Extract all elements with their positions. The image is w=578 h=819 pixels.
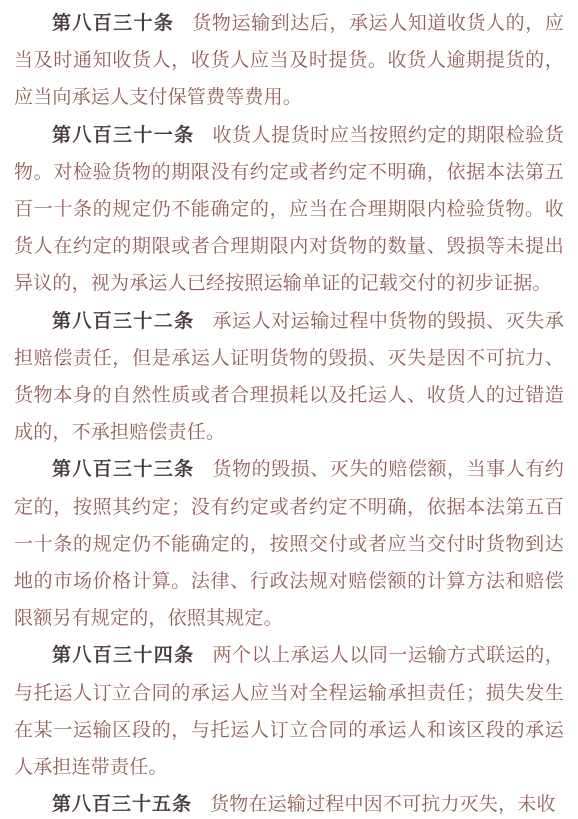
article-833-paragraph: 第八百三十三条货物的毁损、灭失的赔偿额，当事人有约定的，按照其约定；没有约定或者… bbox=[14, 451, 564, 637]
article-832-number: 第八百三十二条 bbox=[52, 311, 194, 332]
article-833-text: 货物的毁损、灭失的赔偿额，当事人有约定的，按照其约定；没有约定或者约定不明确，依… bbox=[14, 459, 564, 629]
article-835-number: 第八百三十五条 bbox=[52, 794, 192, 815]
document-page: 第八百三十条货物运输到达后，承运人知道收货人的，应当及时通知收货人，收货人应当及… bbox=[0, 0, 578, 819]
article-834-paragraph: 第八百三十四条两个以上承运人以同一运输方式联运的，与托运人订立合同的承运人应当对… bbox=[14, 637, 564, 786]
article-832-paragraph: 第八百三十二条承运人对运输过程中货物的毁损、灭失承担赔偿责任，但是承运人证明货物… bbox=[14, 303, 564, 452]
article-833-number: 第八百三十三条 bbox=[52, 459, 194, 480]
article-835-text: 货物在运输过程中因不可抗力灭失，未收 bbox=[210, 794, 556, 815]
article-831-number: 第八百三十一条 bbox=[52, 125, 194, 146]
article-834-number: 第八百三十四条 bbox=[52, 645, 194, 666]
article-831-text: 收货人提货时应当按照约定的期限检验货物。对检验货物的期限没有约定或者约定不明确，… bbox=[14, 125, 564, 295]
article-830-paragraph: 第八百三十条货物运输到达后，承运人知道收货人的，应当及时通知收货人，收货人应当及… bbox=[14, 5, 564, 117]
article-835-paragraph: 第八百三十五条货物在运输过程中因不可抗力灭失，未收 bbox=[14, 786, 564, 819]
article-831-paragraph: 第八百三十一条收货人提货时应当按照约定的期限检验货物。对检验货物的期限没有约定或… bbox=[14, 117, 564, 303]
article-830-number: 第八百三十条 bbox=[52, 13, 174, 34]
